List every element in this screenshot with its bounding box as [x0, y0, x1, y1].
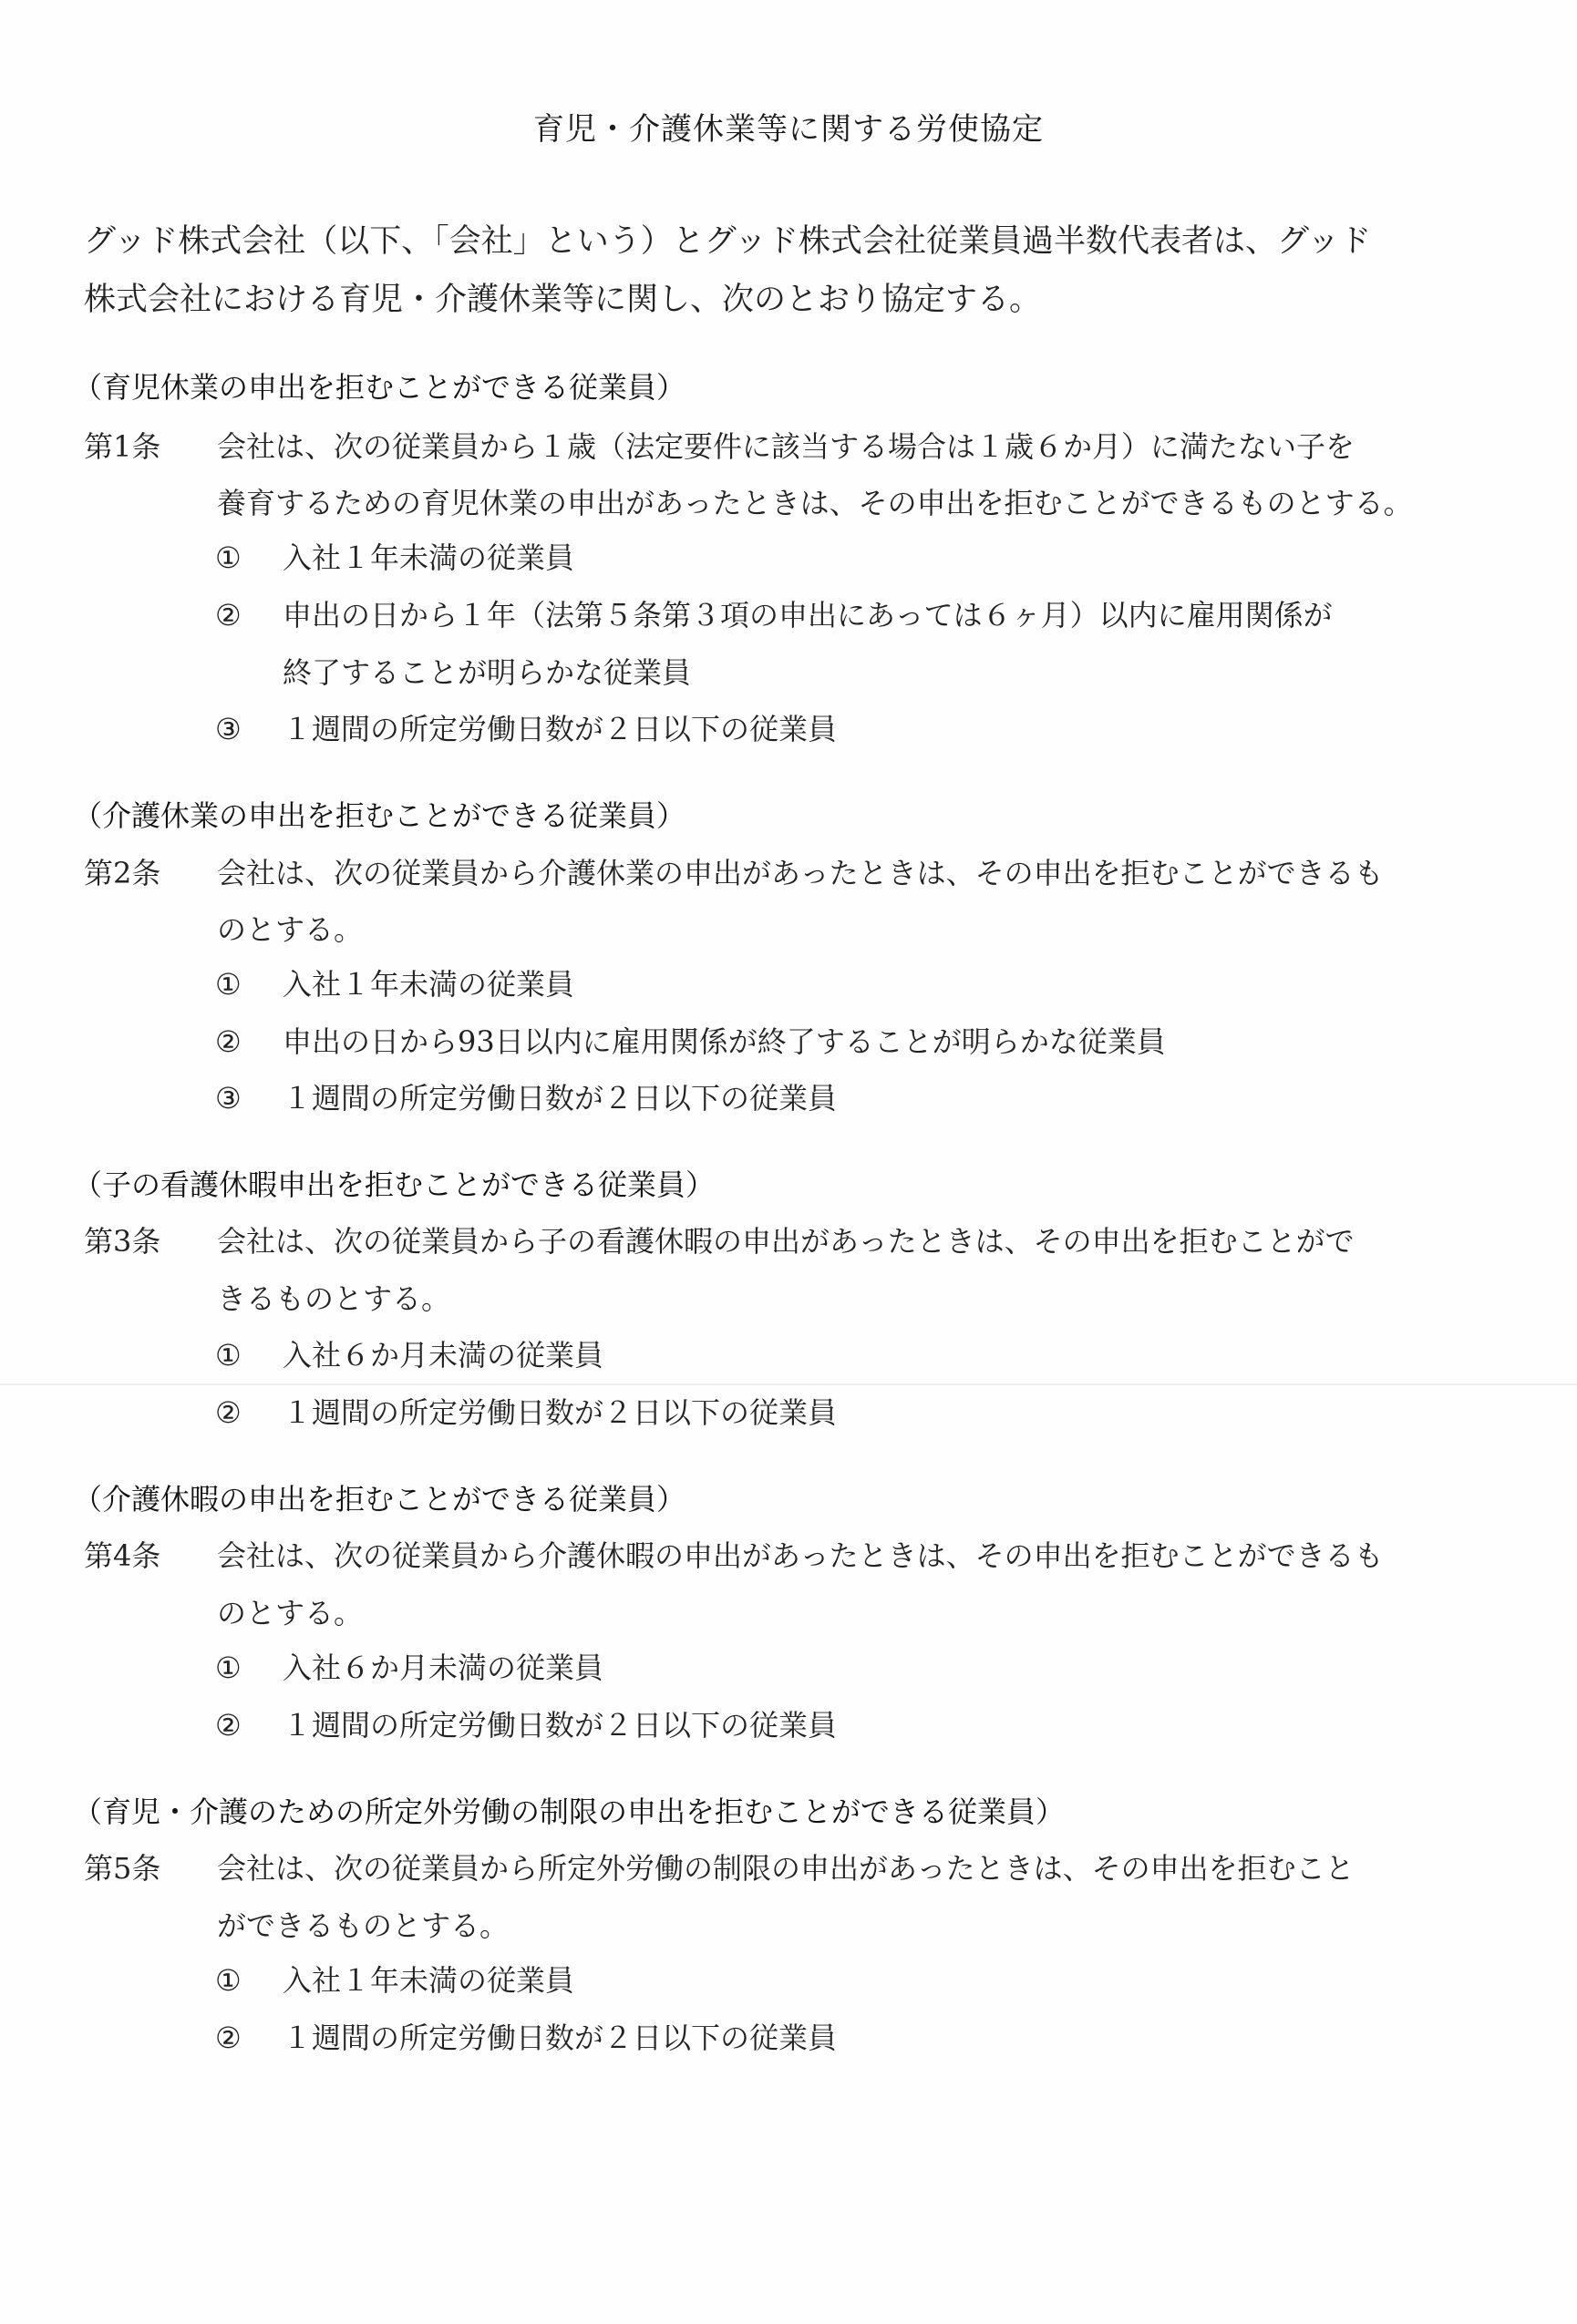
article-1-label: 第1条: [84, 432, 160, 461]
list-item: 入社１年未満の従業員: [283, 1966, 574, 1995]
list-item: １週間の所定労働日数が２日以下の従業員: [283, 715, 837, 744]
document-title: 育児・介護休業等に関する労使協定: [0, 114, 1577, 145]
list-item-marker: ③: [215, 1084, 242, 1113]
intro-line-2: 株式会社における育児・介護休業等に関し、次のとおり協定する。: [84, 284, 1041, 316]
list-item-marker: ①: [215, 1653, 242, 1682]
list-item-marker: ①: [215, 543, 242, 572]
list-item-marker: ②: [215, 1027, 242, 1056]
list-item-marker: ①: [215, 1966, 242, 1995]
article-5-heading: （育児・介護のための所定外労働の制限の申出を拒むことができる従業員）: [73, 1797, 1065, 1826]
article-5-text-line-1: 会社は、次の従業員から所定外労働の制限の申出があったときは、その申出を拒むこと: [217, 1854, 1355, 1883]
list-item: 入社６か月未満の従業員: [283, 1653, 603, 1682]
list-item: １週間の所定労働日数が２日以下の従業員: [283, 1711, 837, 1740]
article-5-text-line-2: ができるものとする。: [217, 1911, 509, 1940]
article-3-text-line-2: きるものとする。: [217, 1284, 450, 1313]
article-1-text-line-1: 会社は、次の従業員から１歳（法定要件に該当する場合は１歳６か月）に満たない子を: [217, 432, 1355, 461]
list-item: 申出の日から93日以内に雇用関係が終了することが明らかな従業員: [283, 1027, 1166, 1056]
article-1-text-line-2: 養育するための育児休業の申出があったときは、その申出を拒むことができるものとする…: [217, 488, 1413, 518]
article-3-heading: （子の看護休暇申出を拒むことができる従業員）: [73, 1170, 715, 1199]
article-2-heading: （介護休業の申出を拒むことができる従業員）: [73, 801, 685, 830]
article-5-label: 第5条: [84, 1854, 160, 1883]
article-4-heading: （介護休暇の申出を拒むことができる従業員）: [73, 1485, 685, 1514]
article-1-heading: （育児休業の申出を拒むことができる従業員）: [73, 373, 685, 402]
list-item-marker: ①: [215, 1341, 242, 1370]
list-item-marker: ②: [215, 1711, 242, 1740]
list-item-marker: ②: [215, 2023, 242, 2052]
list-item-marker: ③: [215, 715, 242, 744]
list-item-continuation: 終了することが明らかな従業員: [283, 658, 691, 687]
list-item: １週間の所定労働日数が２日以下の従業員: [283, 2023, 837, 2052]
list-item: 入社１年未満の従業員: [283, 543, 574, 572]
list-item-marker: ②: [215, 601, 242, 630]
article-2-text-line-2: のとする。: [217, 915, 363, 944]
list-item: １週間の所定労働日数が２日以下の従業員: [283, 1398, 837, 1427]
list-item-marker: ①: [215, 970, 242, 999]
list-item: １週間の所定労働日数が２日以下の従業員: [283, 1084, 837, 1113]
intro-line-1: グッド株式会社（以下、「会社」という）とグッド株式会社従業員過半数代表者は、グッ…: [84, 226, 1371, 258]
article-3-text-line-1: 会社は、次の従業員から子の看護休暇の申出があったときは、その申出を拒むことがで: [217, 1227, 1355, 1256]
article-4-text-line-2: のとする。: [217, 1599, 363, 1628]
article-4-label: 第4条: [84, 1541, 160, 1570]
document-page: 育児・介護休業等に関する労使協定 グッド株式会社（以下、「会社」という）とグッド…: [0, 0, 1577, 2324]
article-4-text-line-1: 会社は、次の従業員から介護休暇の申出があったときは、その申出を拒むことができるも: [217, 1541, 1384, 1570]
list-item-marker: ②: [215, 1398, 242, 1427]
article-2-label: 第2条: [84, 859, 160, 888]
scan-crease: [0, 1383, 1577, 1385]
list-item: 入社６か月未満の従業員: [283, 1341, 603, 1370]
article-3-label: 第3条: [84, 1227, 160, 1256]
article-2-text-line-1: 会社は、次の従業員から介護休業の申出があったときは、その申出を拒むことができるも: [217, 859, 1384, 888]
list-item: 申出の日から１年（法第５条第３項の申出にあっては６ヶ月）以内に雇用関係が: [283, 601, 1333, 630]
list-item: 入社１年未満の従業員: [283, 970, 574, 999]
